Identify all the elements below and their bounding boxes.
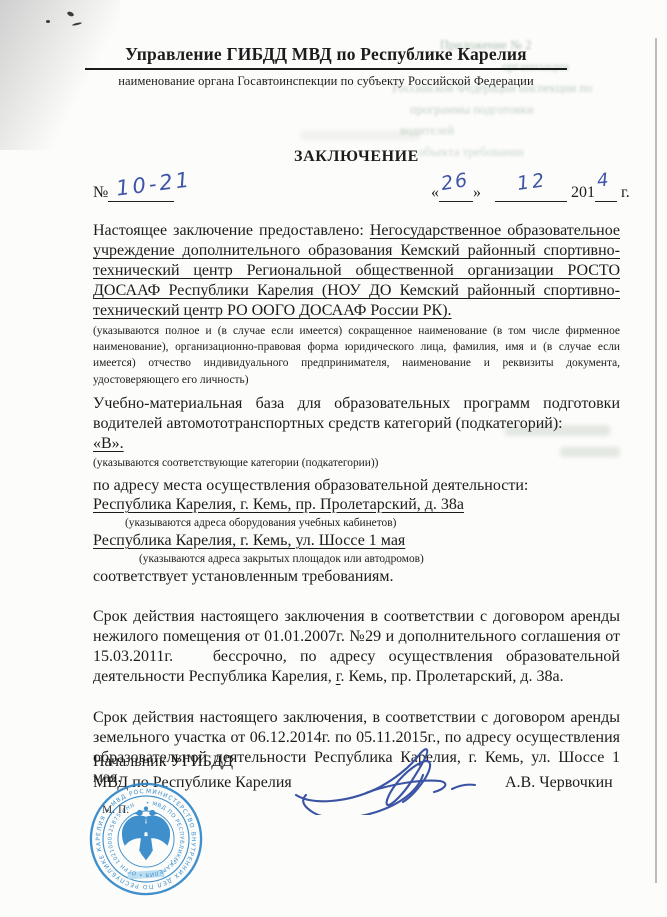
official-stamp: МИНИСТЕРСТВО ВНУТРЕННИХ ДЕЛ ПО РЕСПУБЛИК…: [88, 781, 204, 897]
grant-lead: Настоящее заключение предоставлено:: [93, 222, 370, 239]
handwritten-number: 10-21: [115, 167, 193, 200]
handwritten-month: 12: [516, 169, 549, 195]
footnote-classrooms: (указываются адреса оборудования учебных…: [93, 515, 620, 531]
quote-close: »: [473, 184, 481, 201]
handwritten-year-digit: 4: [596, 169, 610, 191]
document-number-row: №10-21: [93, 184, 174, 202]
document-date-row: «26»12 2014 г.: [431, 184, 630, 202]
scan-speck: [66, 11, 74, 18]
category-value: «В».: [93, 435, 124, 452]
address-intro: по адресу места осуществления образовате…: [93, 476, 620, 495]
stamp-svg: МИНИСТЕРСТВО ВНУТРЕННИХ ДЕЛ ПО РЕСПУБЛИК…: [88, 781, 204, 897]
footnote-categories: (указываются соответствующие категории (…: [93, 455, 620, 471]
term-paragraph-premises: Срок действия настоящего заключения в со…: [93, 607, 620, 687]
scan-speck: [46, 20, 50, 23]
number-blank-line: 10-21: [108, 186, 174, 202]
document-body: Настоящее заключение предоставлено: Него…: [93, 221, 620, 788]
conformity-statement: соответствует установленным требованиям.: [93, 567, 620, 586]
address-classrooms-value: Республика Карелия, г. Кемь, пр. Пролета…: [93, 496, 464, 513]
bleed-smudge: [300, 131, 420, 140]
grant-paragraph: Настоящее заключение предоставлено: Него…: [93, 221, 620, 321]
stamp-badge-number: 15: [170, 860, 177, 866]
date-suffix: г.: [621, 184, 630, 201]
coat-of-arms-eagle: [122, 806, 170, 860]
bleed-line: программы подготовки: [392, 99, 642, 120]
signature-stroke-main: [296, 749, 430, 805]
year-blank-line: 4: [595, 186, 617, 202]
address-classrooms: Республика Карелия, г. Кемь, пр. Пролета…: [93, 495, 620, 514]
mp-placeholder: М. П.: [102, 804, 129, 816]
org-name-caption: наименование органа Госавтоинспекции по …: [85, 74, 567, 89]
handwritten-day: 26: [439, 169, 470, 195]
month-blank-line: 12: [495, 186, 567, 202]
signer-post-line1: Начальник УГИБДД: [93, 752, 292, 773]
signer-name: А.В. Червочкин: [505, 774, 613, 792]
footnote-driving-grounds: (указываются адреса закрытых площадок ил…: [93, 551, 620, 567]
document-title: ЗАКЛЮЧЕНИЕ: [93, 148, 620, 166]
day-blank-line: 26: [439, 186, 473, 202]
scanned-document-page: Приложение № 2 организации Российской Фе…: [0, 0, 667, 917]
org-name: Управление ГИБДД МВД по Республике Карел…: [85, 44, 567, 70]
number-label: №: [93, 184, 108, 201]
signature-ink: [282, 737, 482, 815]
document-header: Управление ГИБДД МВД по Республике Карел…: [85, 44, 567, 89]
year-prefix: 201: [571, 184, 595, 201]
quote-open: «: [431, 184, 439, 201]
scan-edge-line: [655, 38, 657, 883]
signature-stroke-dash: [452, 785, 475, 789]
training-base-paragraph: Учебно-материальная база для образовател…: [93, 394, 620, 434]
scan-speck: [72, 22, 82, 26]
bleed-line: водителей: [392, 120, 642, 141]
category-line: «В».: [93, 434, 620, 454]
footnote-org-name: (указываются полное и (в случае если име…: [93, 323, 620, 388]
term1-text-end: . Кемь, пр. Пролетарский, д. 38а.: [341, 668, 564, 685]
address-driving-ground: Республика Карелия, г. Кемь, ул. Шоссе 1…: [93, 531, 620, 550]
address-driving-ground-value: Республика Карелия, г. Кемь, ул. Шоссе 1…: [93, 532, 405, 549]
